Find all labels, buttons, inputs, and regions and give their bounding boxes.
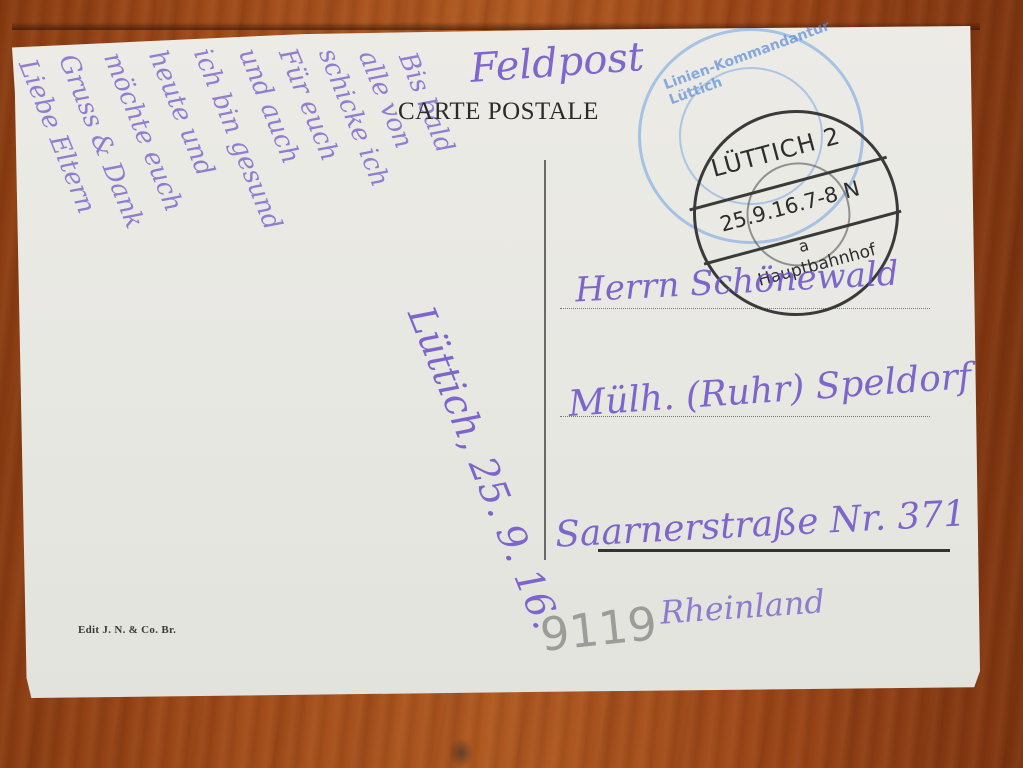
publisher-imprint: Edit J. N. & Co. Br. — [78, 624, 176, 636]
table-wood-knot — [448, 738, 474, 768]
address-divider — [544, 160, 546, 560]
postcard-heading: CARTE POSTALE — [398, 98, 599, 126]
